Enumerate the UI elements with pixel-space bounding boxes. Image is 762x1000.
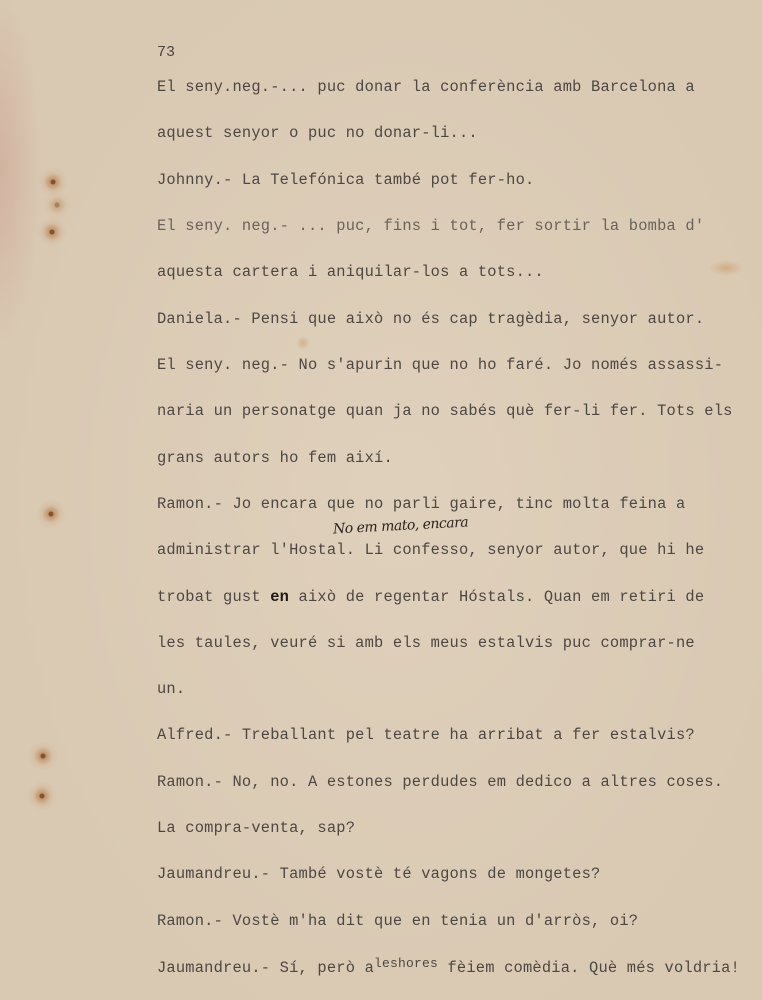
- rust-stain: [28, 741, 58, 771]
- text-line: un.: [157, 680, 185, 698]
- text-line: Jaumandreu.- Sí, però aleshores fèiem co…: [157, 959, 740, 977]
- struck-out-word: en: [270, 588, 289, 606]
- text-line: trobat gust en això de regentar Hóstals.…: [157, 588, 704, 606]
- text-line: grans autors ho fem així.: [157, 449, 393, 467]
- handwritten-annotation: No em mato, encara: [333, 514, 469, 537]
- text-line: les taules, veuré si amb els meus estalv…: [157, 634, 695, 652]
- text-line: Ramon.- Vostè m'ha dit que en tenia un d…: [157, 912, 638, 930]
- raised-text: leshores: [374, 956, 438, 971]
- text-line: administrar l'Hostal. Li confesso, senyo…: [157, 541, 704, 559]
- text-line: Daniela.- Pensi que això no és cap tragè…: [157, 310, 704, 328]
- text-line: El seny. neg.- ... puc, fins i tot, fer …: [157, 217, 704, 235]
- rust-stain: [37, 217, 67, 247]
- text-segment: fèiem comèdia. Què més voldria!: [438, 959, 740, 977]
- text-segment: això de regentar Hóstals. Quan em retiri…: [289, 588, 704, 606]
- text-line: aquest senyor o puc no donar-li...: [157, 124, 478, 142]
- text-line: aquesta cartera i aniquilar-los a tots..…: [157, 263, 544, 281]
- typewritten-page: 73 El seny.neg.-... puc donar la conferè…: [0, 0, 762, 1000]
- text-line: La compra-venta, sap?: [157, 819, 355, 837]
- text-line: El seny.neg.-... puc donar la conferènci…: [157, 78, 695, 96]
- smudge: [296, 336, 310, 350]
- text-line: Ramon.- Jo encara que no parli gaire, ti…: [157, 495, 685, 513]
- rust-stain: [34, 497, 68, 531]
- smudge: [708, 260, 744, 276]
- text-line: Ramon.- No, no. A estones perdudes em de…: [157, 773, 723, 791]
- text-line: El seny. neg.- No s'apurin que no ho far…: [157, 356, 723, 374]
- rust-stain: [42, 190, 72, 220]
- rust-stain: [25, 779, 59, 813]
- text-line: naria un personatge quan ja no sabés què…: [157, 402, 733, 420]
- text-segment: Jaumandreu.- Sí, però a: [157, 959, 374, 977]
- text-line: Johnny.- La Telefónica també pot fer-ho.: [157, 171, 534, 189]
- text-segment: trobat gust: [157, 588, 270, 606]
- page-number: 73: [157, 44, 175, 61]
- text-line: Alfred.- Treballant pel teatre ha arriba…: [157, 726, 695, 744]
- text-line: Jaumandreu.- També vostè té vagons de mo…: [157, 865, 601, 883]
